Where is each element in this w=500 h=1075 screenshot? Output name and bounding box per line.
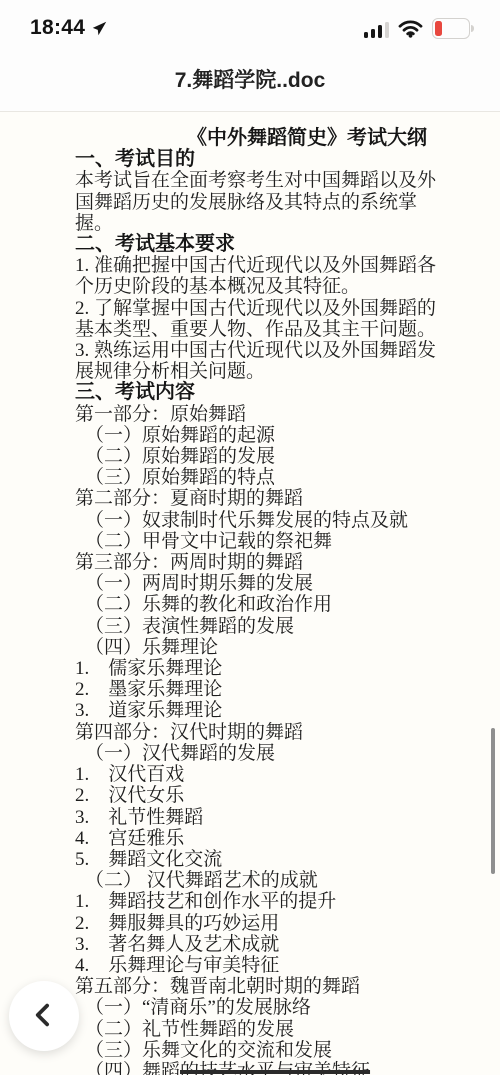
- doc-line: 2. 了解掌握中国古代近现代以及外国舞蹈的: [75, 298, 480, 319]
- doc-line: 1. 儒家乐舞理论: [75, 658, 480, 679]
- doc-line: 3. 著名舞人及艺术成就: [75, 934, 480, 955]
- doc-line: 4. 宫廷雅乐: [75, 828, 480, 849]
- doc-line: （二）礼节性舞蹈的发展: [75, 1019, 480, 1040]
- doc-line: （三）原始舞蹈的特点: [75, 467, 480, 488]
- doc-line: 《中外舞蹈简史》考试大纲: [75, 128, 480, 149]
- doc-line: 国舞蹈历史的发展脉络及其特点的系统掌: [75, 192, 480, 213]
- doc-line: 基本类型、重要人物、作品及其主干问题。: [75, 319, 480, 340]
- doc-line: 2. 舞服舞具的巧妙运用: [75, 913, 480, 934]
- doc-line: 三、考试内容: [75, 382, 480, 403]
- doc-line: 2. 汉代女乐: [75, 785, 480, 806]
- doc-line: 4. 乐舞理论与审美特征: [75, 955, 480, 976]
- chevron-left-icon: [29, 1000, 59, 1033]
- doc-line: 3. 道家乐舞理论: [75, 700, 480, 721]
- doc-line: （一）奴隶制时代乐舞发展的特点及就: [75, 510, 480, 531]
- status-bar-left: 18:44: [30, 16, 108, 40]
- doc-line: 第三部分：两周时期的舞蹈: [75, 552, 480, 573]
- struck-text: 的技艺水平与审美特征: [180, 1061, 370, 1075]
- doc-line: （一）“清商乐”的发展脉络: [75, 997, 480, 1018]
- doc-line: （一）两周时期乐舞的发展: [75, 573, 480, 594]
- doc-line: （一）汉代舞蹈的发展: [75, 743, 480, 764]
- nav-header: 7.舞蹈学院..doc: [0, 56, 500, 111]
- doc-line: 5. 舞蹈文化交流: [75, 849, 480, 870]
- status-bar: 18:44: [0, 0, 500, 56]
- battery-low-icon: [432, 18, 474, 39]
- doc-line: 二、考试基本要求: [75, 234, 480, 255]
- doc-line: 一、考试目的: [75, 149, 480, 170]
- doc-line: 1. 舞蹈技艺和创作水平的提升: [75, 891, 480, 912]
- location-arrow-icon: [91, 20, 108, 37]
- scrollbar-thumb[interactable]: [491, 728, 496, 874]
- doc-lines: 《中外舞蹈简史》考试大纲一、考试目的本考试旨在全面考察考生对中国舞蹈以及外国舞蹈…: [75, 128, 480, 1075]
- doc-line: （二）乐舞的教化和政治作用: [75, 594, 480, 615]
- doc-line: （二）甲骨文中记载的祭祀舞: [75, 531, 480, 552]
- doc-line: 个历史阶段的基本概况及其特征。: [75, 276, 480, 297]
- doc-line: 展规律分析相关问题。: [75, 361, 480, 382]
- document-content[interactable]: 《中外舞蹈简史》考试大纲一、考试目的本考试旨在全面考察考生对中国舞蹈以及外国舞蹈…: [0, 112, 500, 1075]
- doc-line: 第一部分：原始舞蹈: [75, 404, 480, 425]
- doc-line: 握。: [75, 213, 480, 234]
- doc-line: （二）原始舞蹈的发展: [75, 446, 480, 467]
- status-bar-right: [364, 18, 475, 39]
- clock: 18:44: [30, 16, 85, 40]
- doc-line: （四）乐舞理论: [75, 637, 480, 658]
- document-viewer-screen: 18:44 7.: [0, 0, 500, 1075]
- wifi-icon: [398, 20, 423, 39]
- document-title: 7.舞蹈学院..doc: [0, 64, 500, 94]
- doc-line: 3. 熟练运用中国古代近现代以及外国舞蹈发: [75, 340, 480, 361]
- doc-line: 1. 准确把握中国古代近现代以及外国舞蹈各: [75, 255, 480, 276]
- doc-line: （三）表演性舞蹈的发展: [75, 616, 480, 637]
- doc-line: 第五部分：魏晋南北朝时期的舞蹈: [75, 976, 480, 997]
- doc-line: 第二部分：夏商时期的舞蹈: [75, 488, 480, 509]
- cellular-signal-icon: [364, 22, 390, 39]
- doc-line: 2. 墨家乐舞理论: [75, 679, 480, 700]
- doc-line: 3. 礼节性舞蹈: [75, 807, 480, 828]
- doc-line: 第四部分：汉代时期的舞蹈: [75, 722, 480, 743]
- doc-line: （一）原始舞蹈的起源: [75, 425, 480, 446]
- back-button[interactable]: [9, 981, 79, 1051]
- doc-line: （三）乐舞文化的交流和发展: [75, 1040, 480, 1061]
- battery-level: [435, 21, 442, 36]
- doc-line: （二） 汉代舞蹈艺术的成就: [75, 870, 480, 891]
- doc-line: （四）舞蹈的技艺水平与审美特征: [75, 1061, 480, 1075]
- doc-line: 本考试旨在全面考察考生对中国舞蹈以及外: [75, 170, 480, 191]
- doc-line: 1. 汉代百戏: [75, 764, 480, 785]
